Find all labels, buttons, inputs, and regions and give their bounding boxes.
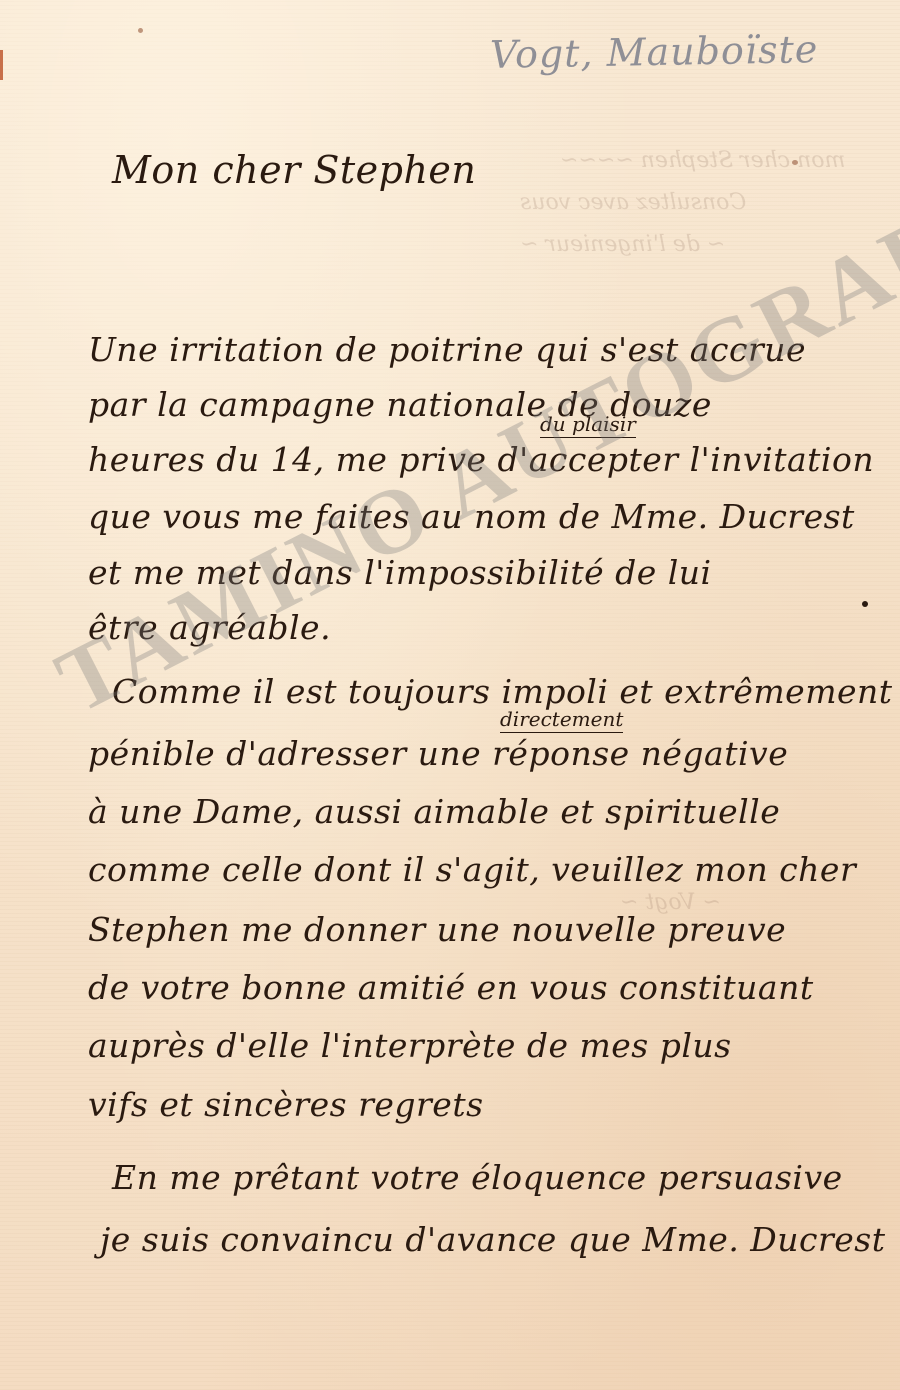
ink-dot — [862, 601, 868, 607]
letter-line: à une Dame, aussi aimable et spirituelle — [88, 792, 780, 831]
paper-edge-mark — [0, 50, 3, 80]
letter-line: de votre bonne amitié en vous constituan… — [88, 968, 814, 1007]
pencil-annotation: Vogt, Mauboïste — [490, 27, 819, 77]
letter-line: pénible d'adresser une réponse négative — [88, 734, 788, 773]
letter-line: auprès d'elle l'interprète de mes plus — [88, 1026, 732, 1065]
bleed-through-text: mon cher Stephen ~~~~ — [560, 148, 845, 173]
bleed-through-text: ~ de l'ingenieur ~ — [520, 232, 725, 257]
letter-line: heures du 14, me prive d'accepter l'invi… — [88, 440, 874, 479]
letter-line: Une irritation de poitrine qui s'est acc… — [88, 330, 806, 369]
letter-line: comme celle dont il s'agit, veuillez mon… — [88, 850, 856, 889]
paper-stain — [138, 28, 143, 33]
interlinear-insertion: directement — [500, 707, 623, 733]
letter-line: que vous me faites au nom de Mme. Ducres… — [88, 497, 855, 536]
letter-line: et me met dans l'impossibilité de lui — [88, 553, 712, 592]
letter-line: Comme il est toujours impoli et extrêmem… — [112, 672, 893, 711]
interlinear-insertion: du plaisir — [540, 412, 636, 438]
salutation: Mon cher Stephen — [112, 148, 476, 192]
letter-line: Stephen me donner une nouvelle preuve — [88, 910, 786, 949]
paper-stain — [792, 160, 798, 165]
letter-line: vifs et sincères regrets — [88, 1085, 484, 1124]
letter-line: être agréable. — [88, 608, 331, 647]
letter-line: je suis convaincu d'avance que Mme. Ducr… — [100, 1220, 886, 1259]
bleed-through-text: Consultez avec vous — [520, 190, 746, 215]
letter-line: En me prêtant votre éloquence persuasive — [112, 1158, 843, 1197]
